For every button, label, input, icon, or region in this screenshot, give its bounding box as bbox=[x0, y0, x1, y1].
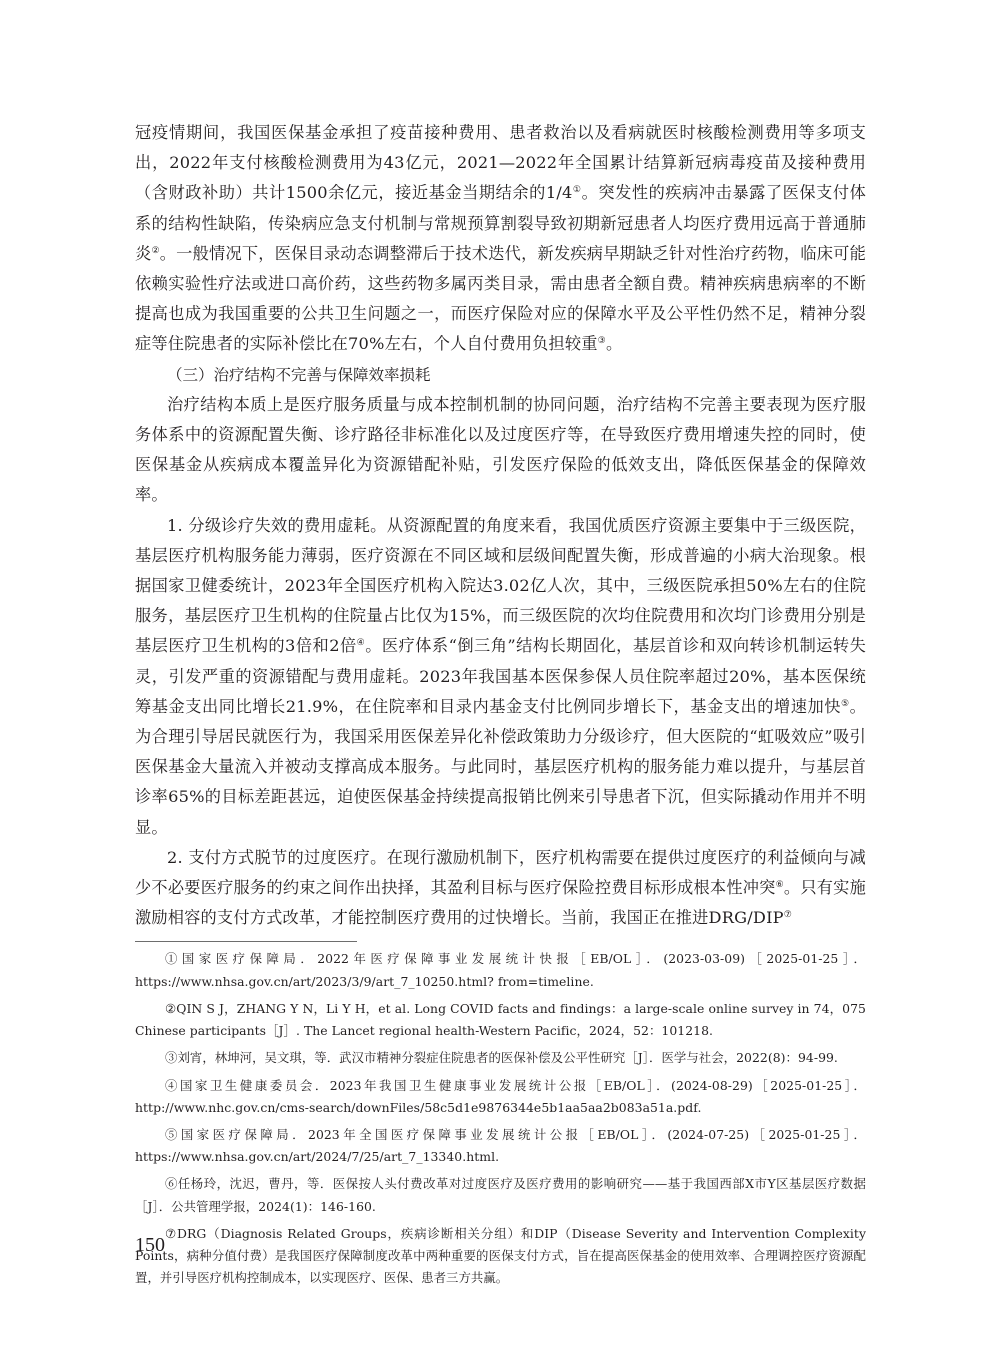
footnote-item: ④国家卫生健康委员会．2023年我国卫生健康事业发展统计公报［EB/OL］．(2… bbox=[135, 1075, 866, 1119]
footnote-marker[interactable]: ⑥ bbox=[776, 880, 784, 890]
body-paragraph: 治疗结构本质上是医疗服务质量与成本控制机制的协同问题，治疗结构不完善主要表现为医… bbox=[135, 390, 866, 511]
body-text-run: 2. 支付方式脱节的过度医疗。在现行激励机制下，医疗机构需要在提供过度医疗的利益… bbox=[135, 848, 866, 897]
article-page: 冠疫情期间，我国医保基金承担了疫苗接种费用、患者救治以及看病就医时核酸检测费用等… bbox=[135, 118, 866, 1289]
footnote-marker[interactable]: ④ bbox=[357, 638, 366, 648]
footnote-item: ⑦DRG（Diagnosis Related Groups，疾病诊断相关分组）和… bbox=[135, 1223, 866, 1290]
body-text-run: 。 bbox=[606, 334, 622, 353]
footnote-separator bbox=[135, 941, 357, 942]
body-text-run: 。为合理引导居民就医行为，我国采用医保差异化补偿政策助力分级诊疗，但大医院的“虹… bbox=[135, 697, 866, 837]
footnote-item: ①国家医疗保障局．2022年医疗保障事业发展统计快报［EB/OL］．(2023-… bbox=[135, 948, 866, 992]
footnote-item: ⑤国家医疗保障局．2023年全国医疗保障事业发展统计公报［EB/OL］．(202… bbox=[135, 1124, 866, 1168]
body-paragraph: 冠疫情期间，我国医保基金承担了疫苗接种费用、患者救治以及看病就医时核酸检测费用等… bbox=[135, 118, 866, 360]
footnote-marker[interactable]: ⑦ bbox=[784, 910, 792, 920]
body-text-run: 治疗结构本质上是医疗服务质量与成本控制机制的协同问题，治疗结构不完善主要表现为医… bbox=[135, 395, 866, 505]
footnotes: ①国家医疗保障局．2022年医疗保障事业发展统计快报［EB/OL］．(2023-… bbox=[135, 948, 866, 1289]
footnote-marker[interactable]: ① bbox=[573, 185, 582, 195]
body-text-run: 。一般情况下，医保目录动态调整滞后于技术迭代，新发疾病早期缺乏针对性治疗药物，临… bbox=[135, 244, 866, 354]
body-text: 冠疫情期间，我国医保基金承担了疫苗接种费用、患者救治以及看病就医时核酸检测费用等… bbox=[135, 118, 866, 933]
footnote-item: ③刘宵，林坤河，吴文琪，等．武汉市精神分裂症住院患者的医保补偿及公平性研究［J］… bbox=[135, 1047, 866, 1069]
footnote-marker[interactable]: ② bbox=[151, 246, 159, 256]
footnote-item: ⑥任杨玲，沈迟，曹丹，等．医保按人头付费改革对过度医疗及医疗费用的影响研究——基… bbox=[135, 1173, 866, 1217]
body-text-run: 1. 分级诊疗失效的费用虚耗。从资源配置的角度来看，我国优质医疗资源主要集中于三… bbox=[135, 516, 866, 656]
page-number: 150 bbox=[135, 1234, 165, 1257]
footnote-marker[interactable]: ③ bbox=[598, 336, 606, 346]
body-paragraph: 2. 支付方式脱节的过度医疗。在现行激励机制下，医疗机构需要在提供过度医疗的利益… bbox=[135, 843, 866, 934]
footnote-item: ②QIN S J，ZHANG Y N，Li Y H，et al. Long CO… bbox=[135, 998, 866, 1042]
section-heading: （三）治疗结构不完善与保障效率损耗 bbox=[135, 360, 866, 390]
body-paragraph: 1. 分级诊疗失效的费用虚耗。从资源配置的角度来看，我国优质医疗资源主要集中于三… bbox=[135, 511, 866, 843]
footnote-marker[interactable]: ⑤ bbox=[841, 699, 850, 709]
